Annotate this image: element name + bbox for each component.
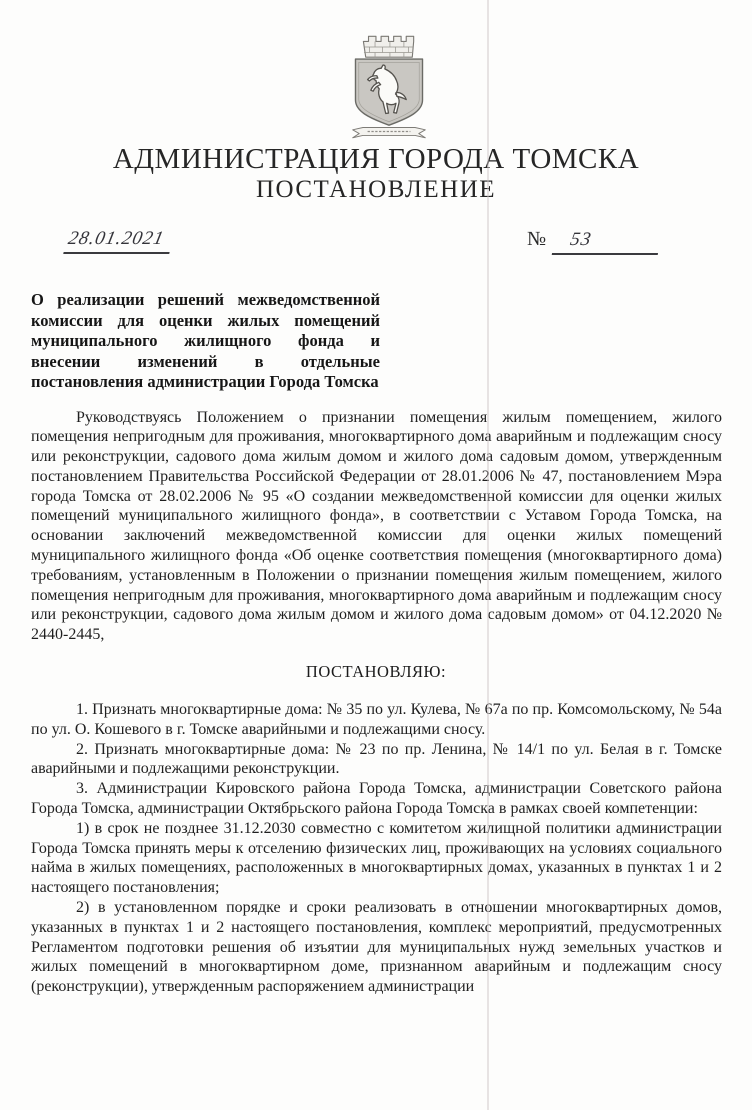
clause-paragraph-3: 3. Администрации Кировского района Город… — [31, 779, 722, 819]
document-page: АДМИНИСТРАЦИЯ ГОРОДА ТОМСКА ПОСТАНОВЛЕНИ… — [0, 0, 752, 1110]
handwritten-date: 28.01.2021 — [63, 228, 174, 254]
clause-paragraph-1: 1. Признать многоквартирные дома: № 35 п… — [31, 700, 722, 740]
number-sign: № — [527, 228, 546, 250]
resolution-heading: ПОСТАНОВЛЯЮ: — [0, 662, 752, 682]
handwritten-number: 53 — [552, 229, 663, 255]
document-title: О реализации решений межведомственной ко… — [31, 290, 380, 393]
clause-subparagraph-3-1: 1) в срок не позднее 31.12.2030 совместн… — [31, 819, 722, 898]
organization-name: АДМИНИСТРАЦИЯ ГОРОДА ТОМСКА — [0, 141, 752, 176]
ribbon-banner-icon — [353, 128, 426, 138]
mural-crown-icon — [363, 36, 413, 57]
clause-paragraph-2: 2. Признать многоквартирные дома: № 23 п… — [31, 740, 722, 780]
preamble-paragraph: Руководствуясь Положением о признании по… — [31, 408, 722, 646]
clause-subparagraph-3-2: 2) в установленном порядке и сроки реали… — [31, 898, 722, 997]
document-number: №53 — [527, 228, 660, 255]
requisites-row: 28.01.2021 №53 — [0, 226, 752, 268]
document-type-title: ПОСТАНОВЛЕНИЕ — [0, 176, 752, 204]
tomsk-coat-of-arms — [346, 33, 432, 141]
